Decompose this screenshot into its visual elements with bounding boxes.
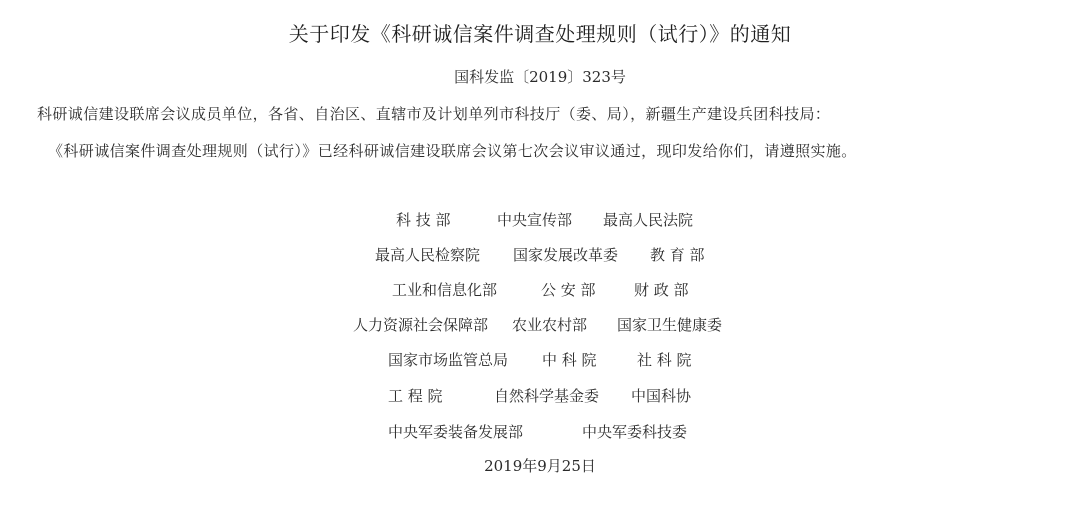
signatory-mof: 财 政 部 (634, 283, 689, 298)
addressee-line: 科研诚信建设联席会议成员单位，各省、自治区、直辖市及计划单列市科技厅（委、局），… (37, 107, 830, 122)
signatory-most: 科 技 部 (396, 213, 451, 228)
signatory-samr: 国家市场监管总局 (388, 353, 508, 368)
signatory-mps: 公 安 部 (541, 283, 596, 298)
signatory-moe: 教 育 部 (650, 248, 705, 263)
signatory-publicity-dept: 中央宣传部 (497, 213, 572, 228)
signatory-cmc-science-tech: 中央军委科技委 (582, 425, 687, 440)
signatory-cast: 中国科协 (631, 389, 691, 404)
document-title: 关于印发《科研诚信案件调查处理规则（试行）》的通知 (0, 24, 1080, 44)
document-date: 2019年9月25日 (0, 459, 1080, 474)
signatory-procuratorate: 最高人民检察院 (375, 248, 480, 263)
signatory-nhc: 国家卫生健康委 (617, 318, 722, 333)
signatory-mohrss: 人力资源社会保障部 (353, 318, 488, 333)
body-paragraph: 《科研诚信案件调查处理规则（试行）》已经科研诚信建设联席会议第七次会议审议通过，… (48, 144, 857, 159)
signatory-supreme-court: 最高人民法院 (603, 213, 693, 228)
signatory-moa: 农业农村部 (512, 318, 587, 333)
signatory-miit: 工业和信息化部 (392, 283, 497, 298)
signatory-nsfc: 自然科学基金委 (494, 389, 599, 404)
signatory-cass: 社 科 院 (637, 353, 692, 368)
signatory-cae: 工 程 院 (388, 389, 443, 404)
signatory-cas: 中 科 院 (542, 353, 597, 368)
document-number: 国科发监〔2019〕323号 (0, 70, 1080, 85)
signatory-ndrc: 国家发展改革委 (513, 248, 618, 263)
signatory-cmc-equipment: 中央军委装备发展部 (388, 425, 523, 440)
